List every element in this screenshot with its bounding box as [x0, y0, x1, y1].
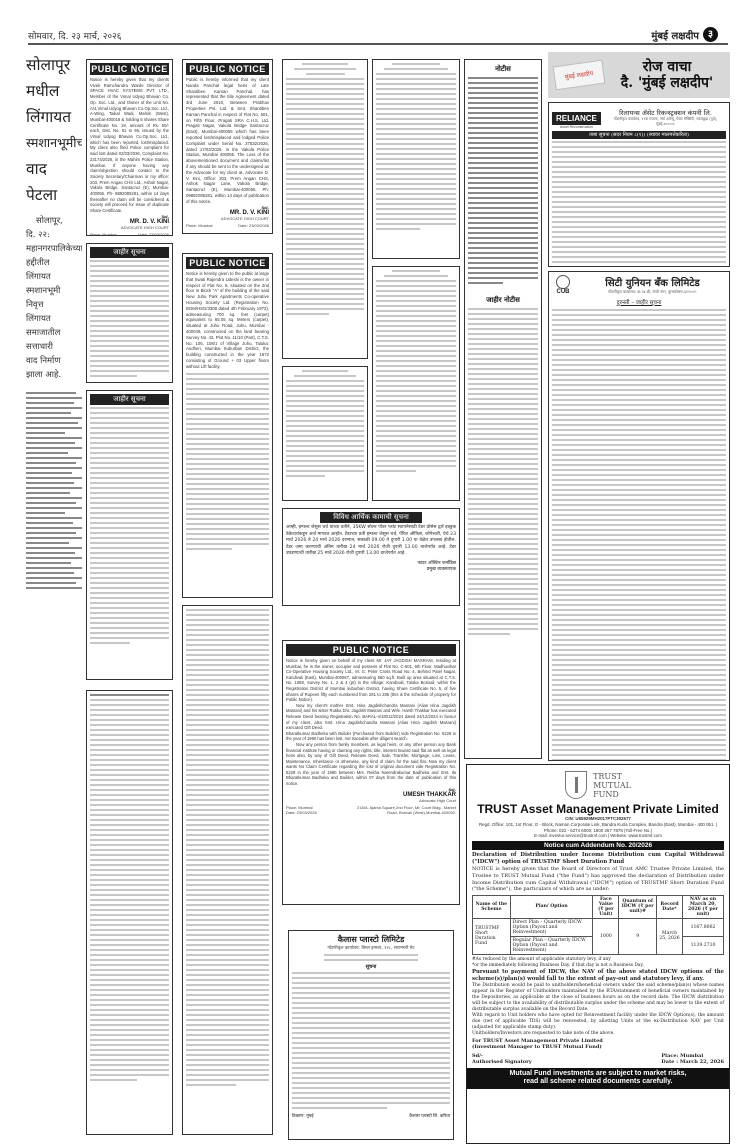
- notice-body: [552, 141, 726, 267]
- notice-footer: Place: Mumbai Date: 23/03/2026: [90, 232, 169, 236]
- pursuant-text: Pursuant to payment of IDCW, the NAV of …: [472, 969, 724, 982]
- nav-value: 1167.8062: [683, 918, 724, 936]
- notice-body: आम्ही, इन्फन्ट जेसुस चर्च यांच्या वतीने,…: [286, 525, 456, 558]
- notice-footer: ठिकाण: मुंबई कैलास प्लास्टो लि. करिता: [292, 1113, 450, 1119]
- notice-title: जाहीर सूचना: [90, 394, 169, 405]
- notice-body: [552, 309, 726, 761]
- public-notice-udeshi: PUBLIC NOTICE Notice is hereby given to …: [182, 253, 273, 598]
- risk-disclaimer: Mutual Fund investments are subject to m…: [467, 1068, 729, 1089]
- marathi-notice-mid-1: [282, 59, 368, 359]
- notice-body: [90, 407, 169, 644]
- cub-header: CUB सिटी युनियन बँक लिमिटेड नोंदणीकृत का…: [552, 275, 726, 295]
- public-notice-warde: PUBLIC NOTICE Notice is hereby given tha…: [86, 59, 173, 236]
- signature-block: Sd/- Authorised Signatory Place: Mumbai …: [472, 1053, 724, 1066]
- notice-body: [376, 63, 456, 230]
- article-line: दि. २२:: [26, 228, 82, 242]
- notice-date: Date: 23/03/2026: [286, 810, 317, 815]
- headline-line: सोलापूर: [26, 52, 82, 78]
- brand-name: मुंबई लक्षदीप: [651, 28, 699, 42]
- notice-footer: Place: Mumbai Date: 23/03/2026: [186, 223, 269, 228]
- jahir-suchana-notice: जाहीर सूचना: [86, 243, 173, 383]
- section-title: दुरुस्ती – जाहीर सूचना: [552, 298, 726, 306]
- sd-label: Sd/-: [472, 1053, 532, 1060]
- company-name: रिलायन्स ॲसेट रिकन्स्ट्रक्शन कंपनी लि.: [605, 108, 726, 117]
- reliance-header: RELIANCE Asset Reconstruction रिलायन्स ॲ…: [552, 106, 726, 129]
- city-union-bank-notice: CUB सिटी युनियन बँक लिमिटेड नोंदणीकृत का…: [548, 271, 730, 761]
- disclaimer-line: Mutual Fund investments are subject to m…: [467, 1070, 729, 1079]
- notice-body: [286, 370, 364, 477]
- notice-title: नोटीस: [468, 63, 538, 75]
- notice-designation: Advocate High Court: [286, 798, 456, 803]
- notice-place: ठिकाण: मुंबई: [292, 1113, 314, 1119]
- company-contact: E-mail: investor.service@trustmf.com | W…: [472, 833, 724, 839]
- page-number-badge: ३: [703, 27, 718, 42]
- notice-body-4: Now any person from family members, as l…: [286, 742, 456, 787]
- notice-title: PUBLIC NOTICE: [186, 257, 269, 269]
- headline-line: मधील: [26, 78, 82, 104]
- column-header: Plan/ Option: [510, 895, 593, 918]
- date: Date : March 22, 2026: [661, 1059, 724, 1066]
- notice-title: विविध आर्थिक कामाची सूचना: [320, 512, 422, 523]
- marathi-notice-mid-3: [372, 59, 460, 259]
- footnote: *or the immediately following Business D…: [472, 963, 724, 969]
- kailas-plasto-notice: कैलास प्लास्टो लिमिटेड नोंदणीकृत कार्याल…: [288, 930, 454, 1140]
- cub-emblem-icon: [556, 275, 570, 289]
- company-address: नोंदणीकृत कार्यालय: विरल इमारत, १२८, साय…: [292, 945, 450, 951]
- company-name: सिटी युनियन बँक लिमिटेड: [579, 275, 726, 289]
- reliance-logo-sub: Asset Reconstruction: [552, 125, 601, 129]
- issue-date: सोमवार, दि. २३ मार्च, २०२६: [28, 29, 121, 42]
- public-notice-masrani: PUBLIC NOTICE Notice is hereby given on …: [282, 640, 460, 905]
- column-header: Face Value (₹ per Unit): [593, 895, 619, 918]
- article-line: सत्ताधारी: [26, 340, 82, 354]
- table-row: TRUSTMF Short Duration Fund Direct Plan …: [473, 918, 724, 936]
- notice-body-1: Notice is hereby given on behalf of my c…: [286, 658, 456, 703]
- notice-body: [186, 609, 269, 1086]
- notice-address: 218/A, Ajanta Square,2nd Floor, Mr. Cour…: [354, 805, 456, 815]
- logo-line: MUTUAL: [593, 781, 631, 790]
- section-title: ताबा सूचना (सदर नियम ८(१)) (स्थावर मालमत…: [552, 131, 726, 139]
- nav-value: 1139.2710: [683, 936, 724, 954]
- header-rule: [28, 43, 728, 45]
- article-line: महानगरपालिकेच्या: [26, 242, 82, 256]
- company-address: नोंदणीकृत कार्यालय, ११वा मजला, नॉर्थ अवे…: [605, 117, 726, 127]
- notice-date: Date: 23/03/2026: [238, 223, 269, 228]
- column-header: Record Date*: [656, 895, 682, 918]
- notice-body: [376, 270, 456, 472]
- trust-mutual-fund-notice: TRUST MUTUAL FUND TRUST Asset Management…: [466, 764, 730, 1144]
- marathi-notice-col3: [182, 605, 273, 1135]
- article-line: लिंगायत: [26, 270, 82, 284]
- news-article-column: सोलापूर मधील लिंगायत स्मशानभूमीचा वाद पे…: [26, 52, 82, 1142]
- banner-text: रोज वाचा दै. 'मुंबई लक्षदीप': [604, 59, 730, 91]
- company-address: Regd. Office: 101, 1st Floor, G - Block,…: [472, 822, 724, 834]
- article-dateline: सोलापूर,: [26, 214, 82, 228]
- notice-place: Place: Mumbai: [90, 232, 116, 236]
- column-header: NAV as on March 20, 2026 (₹ per unit): [683, 895, 724, 918]
- notice-body: [468, 77, 538, 284]
- idcw-table: Name of the Scheme Plan/ Option Face Val…: [472, 895, 724, 955]
- notice-title: PUBLIC NOTICE: [186, 63, 269, 75]
- notice-place: Place: Mumbai: [186, 223, 212, 228]
- notice-place-date: Place: MumbaiDate: 23/03/2026: [286, 805, 317, 815]
- notice-body: Public is hereby informed that my client…: [186, 77, 269, 205]
- article-headline: सोलापूर मधील लिंगायत स्मशानभूमीचा वाद पे…: [26, 52, 82, 208]
- headline-line: स्मशानभूमीचा: [26, 130, 82, 156]
- column-header: Name of the Scheme: [473, 895, 511, 918]
- record-date: March 25, 2026: [656, 918, 682, 954]
- notice-footer: Place: MumbaiDate: 23/03/2026 218/A, Aja…: [286, 805, 456, 815]
- tmf-logo-text: TRUST MUTUAL FUND: [593, 772, 631, 799]
- notice-body: Notice is hereby given to the public at …: [186, 271, 269, 370]
- tmf-shield-icon: [565, 771, 587, 799]
- article-line: निवृत्त: [26, 298, 82, 312]
- headline-line: वाद पेटला: [26, 156, 82, 208]
- reliance-possession-notice: RELIANCE Asset Reconstruction रिलायन्स ॲ…: [548, 102, 730, 267]
- face-value: 1000: [593, 918, 619, 954]
- notice-body-3: Bharatkumar Badheka with Builder (Purcha…: [286, 731, 456, 742]
- article-line: हद्दीतील: [26, 256, 82, 270]
- notice-designation: ADVOCATE HIGH COURT: [90, 225, 169, 230]
- notice-number: Notice cum Addendum No. 20/2026: [472, 841, 724, 850]
- notice-heading: सूचना: [292, 964, 450, 970]
- notice-title: PUBLIC NOTICE: [90, 63, 169, 75]
- notice-designation: ADVOCATE HIGH COURT: [186, 216, 269, 221]
- reliance-company: रिलायन्स ॲसेट रिकन्स्ट्रक्शन कंपनी लि. न…: [605, 108, 726, 127]
- column-header: Quantum of IDCW (₹ per unit)#: [619, 895, 657, 918]
- notice-signatory: कैलास प्लास्टो लि. करिता: [409, 1113, 450, 1119]
- notice-body-continued: [186, 373, 269, 550]
- banner-line-2: दै. 'मुंबई लक्षदीप': [604, 75, 730, 91]
- article-body-continued: [26, 392, 82, 589]
- article-line: स्मशानभूमी: [26, 284, 82, 298]
- company-address-lines: [324, 954, 419, 961]
- article-line: वाद निर्माण: [26, 354, 82, 368]
- notice-date: Date: 23/03/2026: [138, 232, 169, 236]
- company-name: कैलास प्लास्टो लिमिटेड: [292, 934, 450, 945]
- table-header-row: Name of the Scheme Plan/ Option Face Val…: [473, 895, 724, 918]
- logo-line: FUND: [593, 790, 631, 799]
- cub-logo-text: CUB: [552, 289, 574, 295]
- notice-designation: प्रमुख व्यवस्थापक: [286, 566, 456, 572]
- article-line: समाजातील: [26, 326, 82, 340]
- legal-notice-col6: नोटीस जाहीर नोटीस: [464, 59, 542, 759]
- public-notice-panchal: PUBLIC NOTICE Public is hereby informed …: [182, 59, 273, 234]
- notice-body: Notice is hereby given that my clients V…: [90, 77, 169, 214]
- banner-line-1: रोज वाचा: [604, 59, 730, 75]
- signatory-block: Sd/- Authorised Signatory: [472, 1053, 532, 1066]
- reliance-logo: RELIANCE Asset Reconstruction: [552, 106, 601, 129]
- notice-title: जाहीर नोटीस: [468, 294, 538, 306]
- company-address: नोंदणीकृत कार्यालय: क्र.२४-बी, गांधी नगर…: [579, 289, 726, 295]
- promo-banner: मुंबई लक्षदीप रोज वाचा दै. 'मुंबई लक्षदी…: [548, 52, 730, 98]
- marathi-notice-mid-4: [372, 266, 460, 501]
- cub-company: सिटी युनियन बँक लिमिटेड नोंदणीकृत कार्या…: [579, 275, 726, 295]
- notice-body: [90, 694, 169, 1081]
- place: Place: Mumbai: [661, 1053, 724, 1060]
- headline-line: लिंगायत: [26, 104, 82, 130]
- tender-notice: विविध आर्थिक कामाची सूचना आम्ही, इन्फन्ट…: [282, 508, 460, 606]
- tmf-logo: TRUST MUTUAL FUND: [472, 768, 724, 802]
- notice-title: PUBLIC NOTICE: [286, 644, 456, 656]
- marathi-notice-mid-2: [282, 366, 368, 501]
- declaration-heading: Declaration of Distribution under Income…: [472, 852, 724, 865]
- article-body: सोलापूर, दि. २२: महानगरपालिकेच्या हद्दीत…: [26, 214, 82, 382]
- note-paragraph: Unitholders/Investors are requested to t…: [472, 1031, 724, 1037]
- article-line: लिंगायत: [26, 312, 82, 326]
- place-date-block: Place: Mumbai Date : March 22, 2026: [661, 1053, 724, 1066]
- distribution-paragraph: The Distribution would be paid to unitho…: [472, 983, 724, 1013]
- notice-body: [468, 308, 538, 635]
- idcw-quantum: 9: [619, 918, 657, 954]
- legal-notice-lower-left: [86, 690, 173, 1135]
- disclaimer-line: read all scheme related documents carefu…: [467, 1078, 729, 1087]
- article-line: झाला आहे.: [26, 368, 82, 382]
- investment-manager: (Investment Manager to TRUST Mutual Fund…: [472, 1044, 724, 1051]
- notice-body: [292, 972, 450, 1109]
- reinvestment-paragraph: With regard to Unit holders who have opt…: [472, 1013, 724, 1031]
- scheme-name: TRUSTMF Short Duration Fund: [473, 918, 511, 954]
- reliance-logo-text: RELIANCE: [552, 112, 601, 125]
- signatory: Authorised Signatory: [472, 1059, 532, 1066]
- plan-option: Regular Plan – Quarterly IDCW Option (Pa…: [510, 936, 593, 954]
- jahir-suchana-notice-2: जाहीर सूचना: [86, 390, 173, 680]
- plan-option: Direct Plan – Quarterly IDCW Option (Pay…: [510, 918, 593, 936]
- notice-text: NOTICE is hereby given that the Board of…: [472, 866, 724, 892]
- notice-title: जाहीर सूचना: [90, 247, 169, 258]
- newspaper-icon: मुंबई लक्षदीप: [553, 60, 606, 91]
- notice-body: [90, 260, 169, 377]
- logo-line: TRUST: [593, 772, 631, 781]
- cub-logo: CUB: [552, 275, 574, 295]
- notice-body-2: Now my client's mother Smt. Hina Jagdish…: [286, 703, 456, 731]
- newspaper-brand: मुंबई लक्षदीप ३: [651, 27, 718, 42]
- company-name: TRUST Asset Management Private Limited: [472, 802, 724, 816]
- notice-body: [286, 63, 364, 315]
- page-header: सोमवार, दि. २३ मार्च, २०२६ मुंबई लक्षदीप…: [0, 0, 750, 52]
